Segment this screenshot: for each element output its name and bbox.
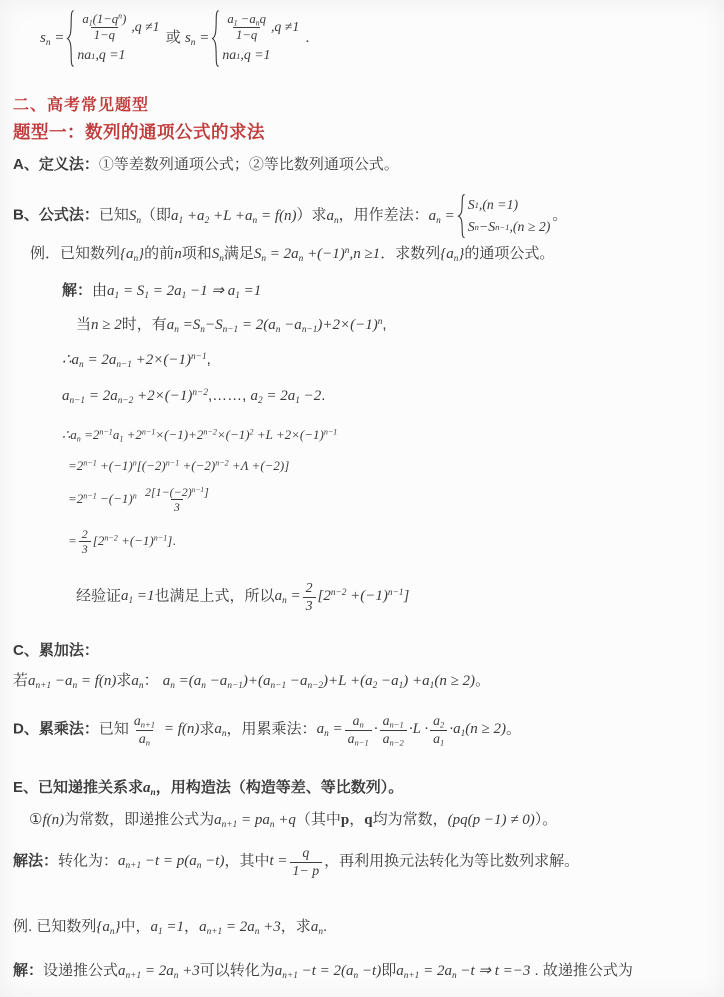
case-row: a1 −anq1−q ,q ≠1 [222, 12, 299, 43]
subscript: 1 [440, 737, 444, 747]
superscript: n−1 [83, 491, 96, 500]
math-expression: an+1an = f(n) [129, 721, 200, 737]
subscript: n+1 [36, 681, 52, 691]
bold-label: 解： [62, 282, 92, 299]
subscript: n [46, 38, 51, 48]
math-expression: an+1 −an = f(n) [28, 673, 116, 689]
left-brace [211, 10, 220, 67]
solution-1-step-7: =2n−1 −(−1)n 2[1−(−2)n−1]3 [68, 485, 214, 515]
subscript: n+1 [222, 820, 238, 830]
method-e-case-1: ①f(n)为常数，即递推公式为an+1 = pan +q（其中p，q均为常数，(… [29, 810, 557, 830]
superscript: n [378, 317, 383, 327]
math-expression: an =S1,(n =1)Sn −Sn−1,(n ≥ 2) [429, 208, 553, 224]
subscript: n−1 [302, 325, 318, 335]
subscript: 2 [440, 720, 444, 730]
subscript: n [261, 254, 266, 264]
math-expression: Sn [212, 246, 224, 262]
math-expression: {an} [440, 246, 464, 262]
math-expression: ∴an =2n−1a1 +2n−1×(−1)+2n−2×(−1)2 +L +2×… [62, 427, 337, 442]
math-expression: sn =a1(1−qn)1−q ,q ≠1na1,q =1 [40, 30, 162, 46]
subscript: 1 [119, 434, 123, 443]
solution-1-step-8: =23[2n−2 +(−1)n−1]. [68, 527, 176, 557]
subscript: n−1 [355, 737, 369, 747]
left-brace [66, 10, 75, 67]
subscript: 1 [236, 52, 240, 61]
math-expression: an+1 = 2an +3 [118, 963, 200, 979]
case-row: Sn −Sn−1,(n ≥ 2) [468, 218, 551, 237]
subscript: n [136, 215, 141, 225]
left-brace-icon [457, 194, 466, 238]
superscript: 2 [250, 428, 254, 437]
subscript: n−1 [271, 681, 287, 691]
subscript: 1 [158, 927, 163, 937]
example-2: 例. 已知数列{an}中，a1 =1，an+1 = 2an +3，求an. [13, 917, 327, 937]
subscript: n+1 [141, 720, 155, 730]
fraction: a1 −anq1−q [224, 12, 269, 43]
subscript: n [334, 215, 339, 225]
math-expression: an+1 = 2an +3 [199, 919, 281, 935]
subscript: n−1 [223, 325, 239, 335]
bold-label: A、定义法： [13, 156, 99, 173]
topic-heading: 题型一：数列的通项公式的求法 [13, 121, 265, 145]
subscript: 1 [91, 52, 95, 61]
subscript: n [475, 223, 479, 232]
subscript: n+1 [126, 971, 142, 981]
subscript: n−1 [70, 396, 86, 406]
subscript: n [197, 861, 202, 871]
example-1: 例．已知数列{an}的前n项和Sn满足Sn = 2an +(−1)n,n ≥1．… [30, 244, 554, 264]
subscript: 1 [179, 215, 184, 225]
subscript: 1 [399, 681, 404, 691]
subscript: n [72, 681, 77, 691]
superscript: n−1 [99, 428, 112, 437]
superscript: n−2 [192, 388, 208, 398]
subscript: 1 [235, 291, 240, 301]
solution-1-step-2: 当n ≥ 2时，有an =Sn−Sn−1 = 2(an −an−1)+2×(−1… [76, 315, 387, 335]
fraction: an−1an−2 [380, 713, 407, 747]
math-expression: a2 = 2a1 −2 [250, 388, 321, 404]
superscript: n−2 [215, 459, 228, 468]
subscript: n [452, 971, 457, 981]
math-expression: an =anan−1·an−1an−2·L ·a2a1·a1(n ≥ 2) [317, 721, 506, 737]
subscript: n [360, 720, 364, 730]
subscript: n [222, 729, 227, 739]
subscript: n [200, 325, 205, 335]
solution-1-step-3: ∴an = 2an−1 +2×(−1)n−1, [62, 350, 211, 370]
formula-geometric-sum: sn =a1(1−qn)1−q ,q ≠1na1,q =1 或 sn =a1 −… [40, 10, 310, 67]
subscript: n−2 [118, 396, 134, 406]
math-expression: an+1 = pan +q [214, 812, 296, 828]
bold-label: 解： [13, 962, 43, 979]
bold-constant: q [364, 812, 372, 828]
bold-constant: p [341, 812, 349, 828]
case-row: a1(1−qn)1−q ,q ≠1 [77, 12, 159, 43]
math-expression: an−1 = 2an−2 +2×(−1)n−2 [62, 388, 208, 404]
fraction: a2a1 [430, 713, 447, 747]
cases-group: a1(1−qn)1−q ,q ≠1na1,q =1 [66, 10, 159, 67]
superscript: n−1 [166, 459, 179, 468]
math-expression: an =23[2n−2 +(−1)n−1] [275, 588, 410, 604]
solution-1-step-5: ∴an =2n−1a1 +2n−1×(−1)+2n−2×(−1)2 +L +2×… [62, 426, 337, 444]
subscript: 1 [475, 201, 479, 210]
subscript: n+1 [404, 971, 420, 981]
subscript: n [79, 360, 84, 370]
subscript: 1 [89, 18, 93, 27]
math-expression: an [143, 780, 156, 796]
fraction: q1− p [290, 845, 323, 879]
subscript: 2 [258, 396, 263, 406]
subscript: n−2 [307, 681, 323, 691]
solution-1-verify: 经验证a1 =1也满足上式，所以an =23[2n−2 +(−1)n−1] [76, 580, 409, 614]
document-page: sn =a1(1−qn)1−q ,q ≠1na1,q =1 或 sn =a1 −… [0, 0, 724, 997]
superscript: n [133, 491, 137, 500]
math-expression: an+1 −t = p(an −t) [118, 853, 224, 869]
solution-2: 解：设递推公式an+1 = 2an +3可以转化为an+1 −t = 2(an … [13, 961, 633, 981]
fraction: 2[1−(−2)n−1]3 [142, 485, 212, 515]
fraction: 23 [79, 527, 91, 557]
subscript: n [454, 254, 459, 264]
solution-1-step-1: 解：由a1 = S1 = 2a1 −1 ⇒ a1 =1 [62, 281, 261, 301]
math-expression: a1 =1 [121, 588, 155, 604]
math-expression: p [341, 812, 349, 828]
superscript: n−1 [324, 428, 337, 437]
fraction: a1(1−qn)1−q [79, 12, 129, 43]
superscript: n−1 [83, 459, 96, 468]
math-expression: =2n−1 +(−1)n[(−2)n−1 +(−2)n−2 +Λ +(−2)] [68, 458, 289, 473]
subscript: n [270, 820, 275, 830]
subscript: n [191, 38, 196, 48]
subscript: 1 [295, 396, 300, 406]
method-e-heading: E、已知递推关系求an，用构造法（构造等差、等比数列）。 [13, 778, 403, 798]
math-expression: n ≥ 2 [91, 317, 122, 333]
math-expression: an [214, 721, 226, 737]
subscript: n [255, 927, 260, 937]
solution-1-step-6: =2n−1 +(−1)n[(−2)n−1 +(−2)n−2 +Λ +(−2)] [68, 457, 289, 475]
superscript: n−2 [104, 533, 117, 542]
subscript: n−1 [116, 360, 132, 370]
subscript: n [276, 325, 281, 335]
math-expression: t =q1− p [270, 853, 325, 869]
math-expression: (pq(p −1) ≠ 0) [448, 812, 535, 828]
superscript: n−1 [191, 352, 207, 362]
subscript: n [436, 215, 441, 225]
left-brace [457, 194, 466, 238]
subscript: n+1 [126, 861, 142, 871]
case-row: na1,q =1 [77, 46, 159, 65]
method-e-solution: 解法：转化为：an+1 −t = p(an −t)，其中t =q1− p，再利用… [13, 845, 579, 879]
solution-1-step-4: an−1 = 2an−2 +2×(−1)n−2,……, a2 = 2a1 −2. [62, 386, 325, 406]
math-expression: n [174, 246, 182, 262]
superscript: n−2 [331, 588, 347, 598]
subscript: 1 [129, 596, 134, 606]
subscript: n−1 [227, 681, 243, 691]
math-expression: a1 = S1 = 2a1 −1 ⇒ a1 =1 [107, 283, 261, 299]
fraction: 23 [303, 580, 316, 614]
math-expression: an+1 = 2an −t ⇒ t =−3 [396, 963, 530, 979]
superscript: n [118, 12, 122, 21]
subscript: n [110, 927, 115, 937]
math-expression: an [327, 208, 339, 224]
cases-group: S1,(n =1)Sn −Sn−1,(n ≥ 2) [457, 194, 551, 238]
subscript: n [282, 596, 287, 606]
subscript: n [174, 971, 179, 981]
subscript: n [354, 971, 359, 981]
method-c-formula: 若an+1 −an = f(n)求an： an =(an −an−1)+(an−… [13, 671, 490, 691]
subscript: 1 [182, 291, 187, 301]
bold-label: B、公式法： [13, 207, 99, 224]
math-expression: {an} [120, 246, 144, 262]
math-expression: sn =a1 −anq1−q ,q ≠1na1,q =1 [185, 30, 301, 46]
subscript: n [256, 18, 260, 27]
cases-group: a1 −anq1−q ,q ≠1na1,q =1 [211, 10, 299, 67]
math-expression: a1 +a2 +L +an = f(n) [171, 208, 296, 224]
subscript: n [151, 788, 156, 798]
math-expression: f(n) [42, 812, 64, 828]
fraction: an+1an [131, 713, 158, 747]
superscript: n−1 [154, 533, 167, 542]
math-expression: a1 =1 [151, 919, 185, 935]
math-expression: Sn [129, 208, 141, 224]
subscript: n [324, 729, 329, 739]
method-d-formula: D、累乘法：已知an+1an = f(n)求an，用累乘法：an =anan−1… [13, 713, 521, 747]
left-brace-icon [211, 10, 220, 67]
case-row: na1,q =1 [222, 46, 299, 65]
subscript: 1 [115, 291, 120, 301]
bold-label: 解法： [13, 852, 58, 869]
superscript: n−1 [192, 485, 204, 494]
subscript: n+1 [282, 971, 298, 981]
method-a-definition: A、定义法：①等差数列通项公式；②等比数列通项公式。 [13, 155, 399, 175]
subscript: n [146, 737, 150, 747]
subscript: n [219, 254, 224, 264]
subscript: n−2 [389, 737, 403, 747]
superscript: n−1 [142, 428, 155, 437]
subscript: 2 [205, 215, 210, 225]
subscript: n [299, 254, 304, 264]
bold-label: C、累加法： [13, 642, 99, 659]
subscript: n−1 [495, 223, 509, 232]
case-row: S1,(n =1) [468, 196, 551, 215]
left-brace-icon [66, 10, 75, 67]
subscript: n+1 [207, 927, 223, 937]
math-expression: an =Sn−Sn−1 = 2(an −an−1)+2×(−1)n [167, 317, 383, 333]
superscript: n [133, 459, 137, 468]
method-b-formula: B、公式法：已知Sn（即a1 +a2 +L +an = f(n)）求an，用作差… [13, 194, 567, 238]
math-expression: an [311, 919, 323, 935]
subscript: n [139, 681, 144, 691]
math-expression: an =(an −an−1)+(an−1 −an−2)+L +(a2 −a1) … [163, 673, 475, 689]
superscript: n−1 [388, 588, 404, 598]
bold-label: D、累乘法： [13, 720, 99, 737]
math-expression: Sn = 2an +(−1)n,n ≥1 [254, 246, 380, 262]
superscript: n [345, 246, 350, 256]
subscript: n [77, 434, 81, 443]
subscript: n [253, 215, 258, 225]
subscript: 1 [430, 681, 435, 691]
subscript: n−1 [389, 720, 403, 730]
math-expression: q [364, 812, 372, 828]
section-heading: 二、高考常见题型 [13, 95, 149, 117]
superscript: n−2 [203, 428, 216, 437]
subscript: 1 [144, 291, 149, 301]
math-expression: an [131, 673, 143, 689]
subscript: n [174, 325, 179, 335]
subscript: 1 [461, 729, 466, 739]
fraction: anan−1 [345, 713, 372, 747]
subscript: n [134, 254, 139, 264]
method-c-heading: C、累加法： [13, 641, 99, 661]
math-expression: {an} [96, 919, 120, 935]
subscript: 2 [373, 681, 378, 691]
subscript: n [318, 927, 323, 937]
subscript: 1 [234, 18, 238, 27]
subscript: n [170, 681, 175, 691]
math-expression: an+1 −t = 2(an −t) [275, 963, 381, 979]
math-expression: =23[2n−2 +(−1)n−1] [68, 533, 172, 548]
math-expression: ∴an = 2an−1 +2×(−1)n−1 [62, 352, 207, 368]
math-expression: =2n−1 −(−1)n 2[1−(−2)n−1]3 [68, 491, 214, 506]
subscript: n [201, 681, 206, 691]
